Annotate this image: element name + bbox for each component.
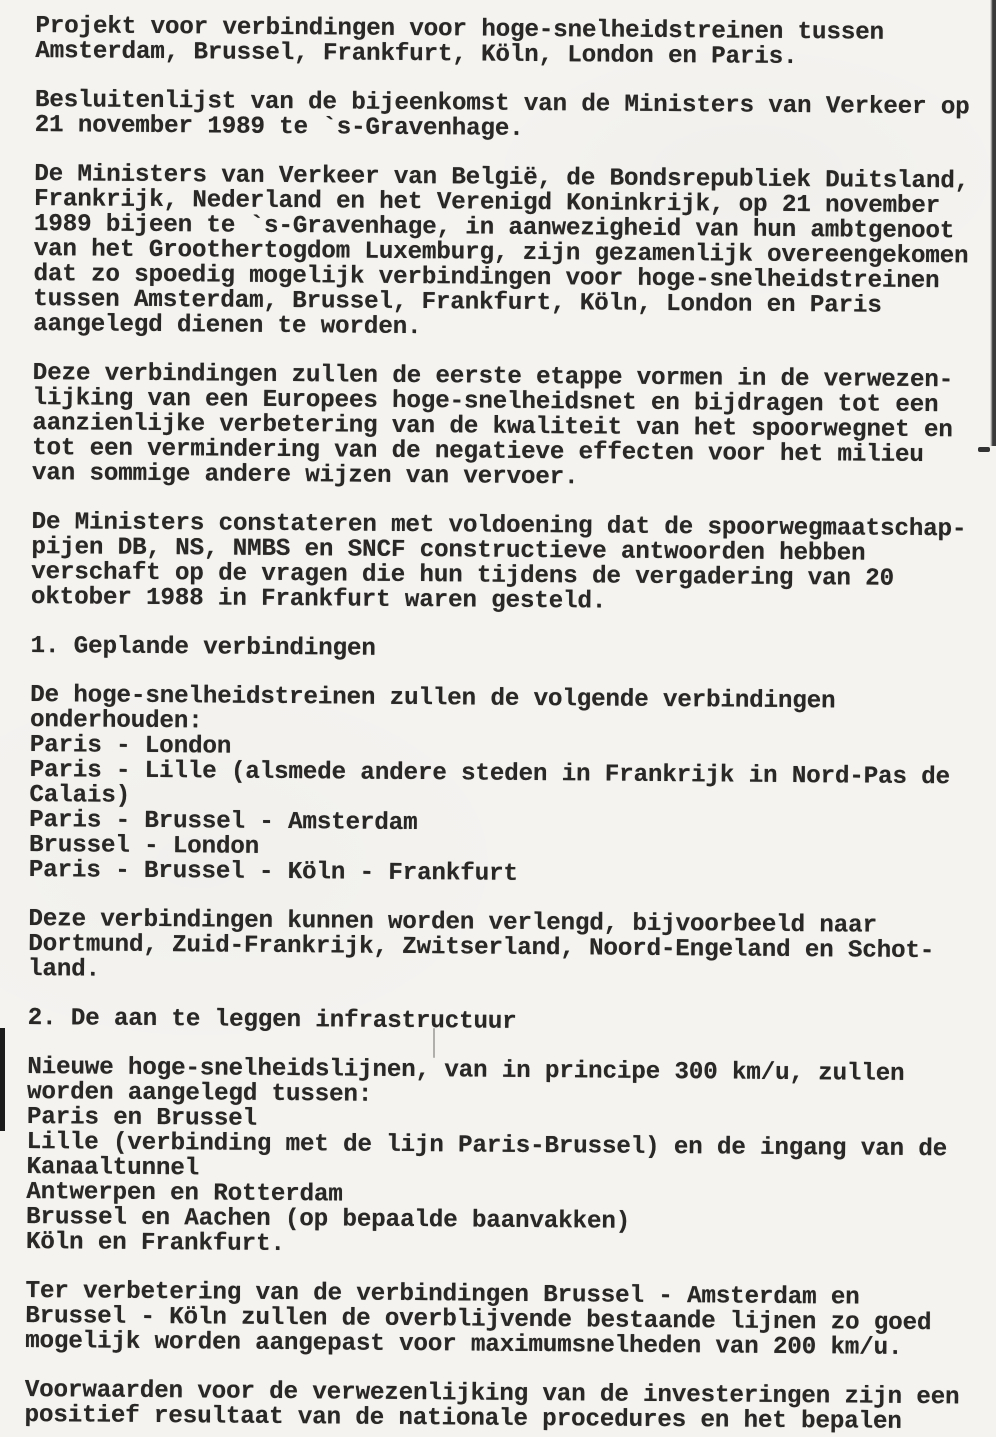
- scan-artifact-right-tick: [978, 447, 990, 452]
- paragraph-railway-companies: De Ministers constateren met voldoening …: [31, 510, 996, 618]
- document-subtitle: Besluitenlijst van de bijeenkomst van de…: [35, 88, 996, 146]
- document-title: Projekt voor verbindingen voor hoge-snel…: [35, 14, 996, 72]
- scan-artifact-right-edge-strip: [990, 0, 996, 446]
- scan-artifact-left-black-bar: [0, 1028, 5, 1131]
- paragraph-investment-conditions: Voorwaarden voor de verwezenlijking van …: [24, 1378, 989, 1436]
- section-heading-2: 2. De aan te leggen infrastructuur: [28, 1006, 993, 1039]
- paragraph-planned-connections-list: De hoge-snelheidstreinen zullen de volge…: [29, 683, 996, 891]
- paragraph-new-lines-list: Nieuwe hoge-snelheidslijnen, van in prin…: [26, 1055, 993, 1263]
- scan-artifact-stray-stroke: [433, 1028, 435, 1058]
- document-text-column: Projekt voor verbindingen voor hoge-snel…: [24, 14, 996, 1436]
- paragraph-first-stage: Deze verbindingen zullen de eerste etapp…: [32, 361, 996, 494]
- scanned-document-page: Projekt voor verbindingen voor hoge-snel…: [0, 0, 996, 1437]
- paragraph-extensions: Deze verbindingen kunnen worden verlengd…: [28, 907, 994, 990]
- paragraph-existing-lines: Ter verbetering van de verbindingen Brus…: [25, 1279, 991, 1362]
- paragraph-ministers-agreement: De Ministers van Verkeer van België, de …: [33, 162, 996, 345]
- section-heading-1: 1. Geplande verbindingen: [30, 634, 995, 667]
